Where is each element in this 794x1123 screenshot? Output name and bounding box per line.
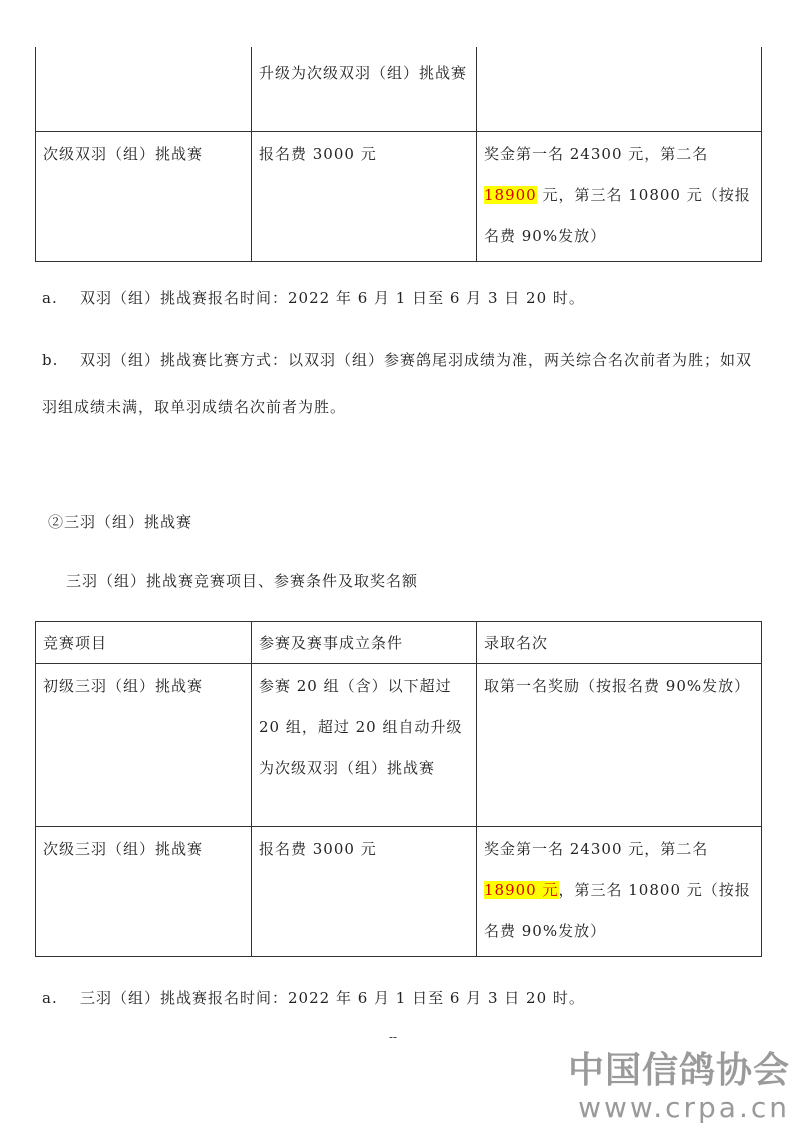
triple-feather-prize-table: 竞赛项目 参赛及赛事成立条件 录取名次 初级三羽（组）挑战赛 参赛 20 组（含…	[35, 621, 762, 957]
table-cell-event: 次级双羽（组）挑战赛	[36, 132, 252, 262]
watermark-org-name: 中国信鸽协会	[568, 1050, 790, 1092]
section-subheading: 三羽（组）挑战赛竞赛项目、参赛条件及取奖名额	[66, 560, 764, 602]
table-cell-event	[36, 47, 252, 132]
table-cell-prize: 奖金第一名 24300 元，第二名 18900 元，第三名 10800 元（按报…	[477, 132, 762, 262]
note-registration-time-triple: a.三羽（组）挑战赛报名时间：2022 年 6 月 1 日至 6 月 3 日 2…	[42, 977, 764, 1019]
note-label: b.	[42, 337, 80, 384]
column-header-prize: 录取名次	[477, 622, 762, 664]
section-heading: ②三羽（组）挑战赛	[48, 501, 764, 543]
page-number-mark: --	[389, 1030, 397, 1044]
watermark: 中国信鸽协会 www.crpa.cn	[568, 1050, 790, 1123]
table-cell-condition: 参赛 20 组（含）以下超过 20 组，超过 20 组自动升级为次级双羽（组）挑…	[252, 664, 477, 827]
double-feather-prize-table-continued: 升级为次级双羽（组）挑战赛 次级双羽（组）挑战赛 报名费 3000 元 奖金第一…	[35, 47, 762, 262]
highlighted-amount: 18900 元	[484, 881, 559, 899]
column-header-condition: 参赛及赛事成立条件	[252, 622, 477, 664]
prize-text-pre: 奖金第一名 24300 元，第二名	[484, 145, 708, 163]
table-row: 次级三羽（组）挑战赛 报名费 3000 元 奖金第一名 24300 元，第二名 …	[36, 827, 762, 957]
table-cell-prize	[477, 47, 762, 132]
table-row: 初级三羽（组）挑战赛 参赛 20 组（含）以下超过 20 组，超过 20 组自动…	[36, 664, 762, 827]
note-label: a.	[42, 977, 80, 1019]
table-header-row: 竞赛项目 参赛及赛事成立条件 录取名次	[36, 622, 762, 664]
table-cell-condition: 升级为次级双羽（组）挑战赛	[252, 47, 477, 132]
note-text: 双羽（组）挑战赛比赛方式：以双羽（组）参赛鸽尾羽成绩为准，两关综合名次前者为胜；…	[42, 351, 752, 416]
column-header-event: 竞赛项目	[36, 622, 252, 664]
table-cell-condition: 报名费 3000 元	[252, 132, 477, 262]
table-row: 次级双羽（组）挑战赛 报名费 3000 元 奖金第一名 24300 元，第二名 …	[36, 132, 762, 262]
table-cell-event: 次级三羽（组）挑战赛	[36, 827, 252, 957]
note-label: a.	[42, 277, 80, 319]
table-cell-condition: 报名费 3000 元	[252, 827, 477, 957]
watermark-url: www.crpa.cn	[568, 1092, 790, 1123]
note-competition-method-double: b.双羽（组）挑战赛比赛方式：以双羽（组）参赛鸽尾羽成绩为准，两关综合名次前者为…	[42, 337, 764, 431]
note-text: 双羽（组）挑战赛报名时间：2022 年 6 月 1 日至 6 月 3 日 20 …	[80, 289, 585, 307]
table-cell-event: 初级三羽（组）挑战赛	[36, 664, 252, 827]
prize-text-pre: 奖金第一名 24300 元，第二名	[484, 840, 708, 858]
note-registration-time-double: a.双羽（组）挑战赛报名时间：2022 年 6 月 1 日至 6 月 3 日 2…	[42, 277, 764, 319]
table-row: 升级为次级双羽（组）挑战赛	[36, 47, 762, 132]
highlighted-amount: 18900	[484, 186, 537, 204]
note-text: 三羽（组）挑战赛报名时间：2022 年 6 月 1 日至 6 月 3 日 20 …	[80, 989, 585, 1007]
table-cell-prize: 奖金第一名 24300 元，第二名 18900 元，第三名 10800 元（按报…	[477, 827, 762, 957]
table-cell-prize: 取第一名奖励（按报名费 90%发放）	[477, 664, 762, 827]
